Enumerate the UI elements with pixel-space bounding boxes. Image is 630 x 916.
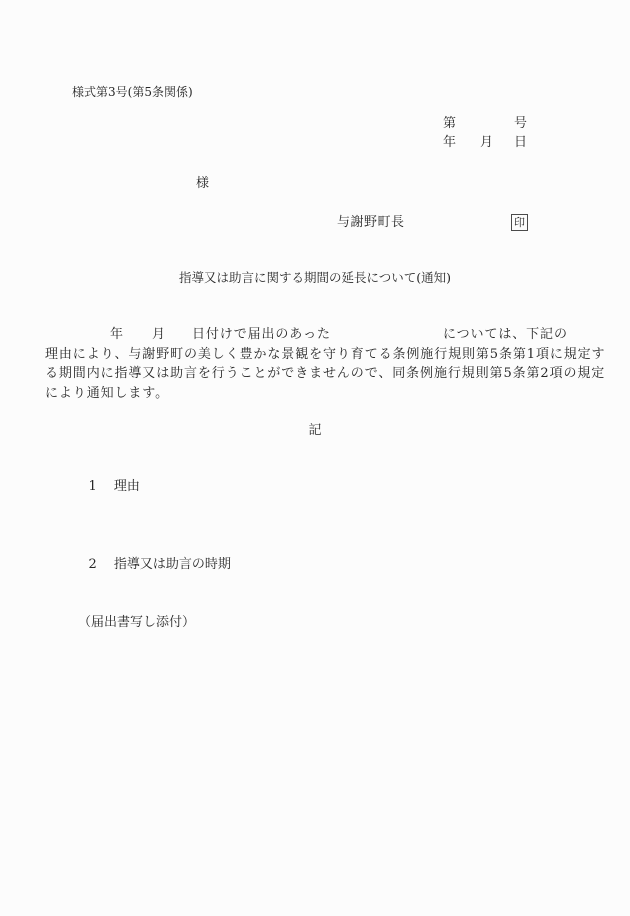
attachment-note: （届出書写し添付） xyxy=(78,613,195,632)
item-label: 理由 xyxy=(114,479,140,494)
list-item-reason: 1理由 xyxy=(72,458,140,515)
body-line4: により通知します。 xyxy=(45,384,169,403)
date-month-label: 月 xyxy=(480,133,493,152)
item-number: 2 xyxy=(89,557,97,572)
seal-mark: 印 xyxy=(514,217,525,228)
item-number: 1 xyxy=(89,479,97,494)
date-year-label: 年 xyxy=(443,133,456,152)
list-item-guidance-timing: 2指導又は助言の時期 xyxy=(72,536,231,593)
item-label: 指導又は助言の時期 xyxy=(114,557,231,572)
body-line1-year: 年 xyxy=(110,325,124,344)
seal-box: 印 xyxy=(511,214,528,231)
doc-number-prefix: 第 xyxy=(443,114,456,133)
document-page: 様式第3号(第5条関係) 第 号 年 月 日 様 与謝野町長 印 指導又は助言に… xyxy=(0,0,630,916)
body-line1-tail: については、下記の xyxy=(443,325,568,344)
document-title: 指導又は助言に関する期間の延長について(通知) xyxy=(0,268,630,287)
addressee-honorific: 様 xyxy=(196,174,209,193)
doc-number-suffix: 号 xyxy=(514,114,527,133)
body-line1-month: 月 xyxy=(152,325,166,344)
form-number: 様式第3号(第5条関係) xyxy=(72,83,193,102)
sender-title: 与謝野町長 xyxy=(337,213,405,232)
record-marker: 記 xyxy=(0,421,630,440)
body-line1-notified: 日付けで届出のあった xyxy=(192,325,331,344)
body-line2: 理由により、与謝野町の美しく豊かな景観を守り育てる条例施行規則第5条第1項に規定… xyxy=(45,345,605,364)
body-line3: る期間内に指導又は助言を行うことができませんので、同条例施行規則第5条第2項の規… xyxy=(45,364,605,383)
date-day-label: 日 xyxy=(514,133,527,152)
